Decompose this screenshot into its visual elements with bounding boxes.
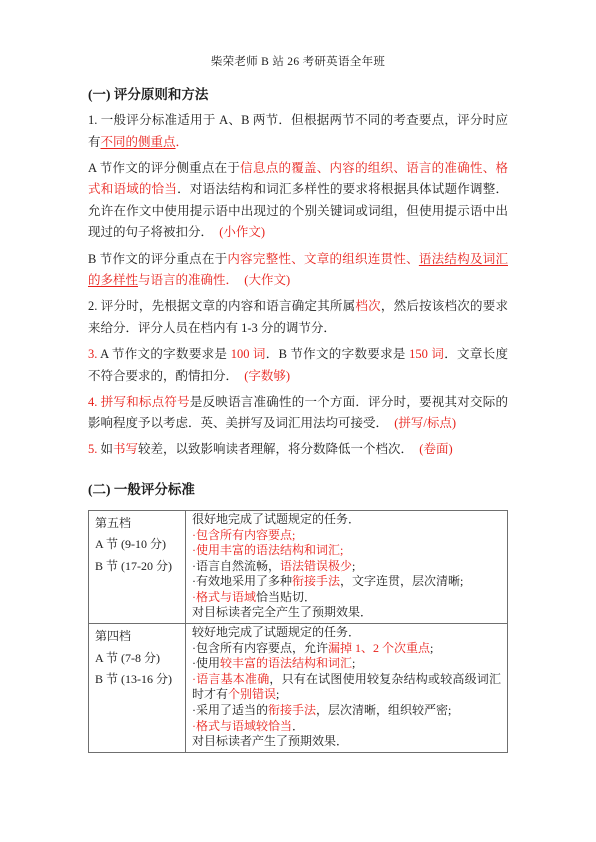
text-run: 很好地完成了试题规定的任务． xyxy=(192,512,360,526)
criteria-line: ·使用丰富的语法结构和词汇; xyxy=(192,543,501,559)
text-run: 5. xyxy=(88,442,97,456)
criteria-cell: 较好地完成了试题规定的任务．·包含所有内容要点，允许漏掉 1、2 个次重点;·使… xyxy=(186,624,508,753)
text-run: ·有效地采用了多种 xyxy=(192,574,292,588)
grading-table: 第五档A 节 (9-10 分)B 节 (17-20 分)很好地完成了试题规定的任… xyxy=(88,510,508,753)
text-run: 100 词 xyxy=(231,347,266,361)
text-run: (大作文) xyxy=(232,273,290,287)
section1-title: (一) 评分原则和方法 xyxy=(88,83,508,103)
paragraph: B 节作文的评分重点在于内容完整性、文章的组织连贯性、语法结构及词汇的多样性与语… xyxy=(88,249,508,292)
text-run: 2. 评分时，先根据文章的内容和语言确定其所属 xyxy=(88,299,355,313)
band-line: A 节 (9-10 分) xyxy=(95,534,183,556)
text-run: ·格式与语域 xyxy=(192,590,256,604)
band-line: B 节 (13-16 分) xyxy=(95,669,183,691)
text-run: 较好地完成了试题规定的任务． xyxy=(192,625,360,639)
grading-table-body: 第五档A 节 (9-10 分)B 节 (17-20 分)很好地完成了试题规定的任… xyxy=(89,510,508,752)
text-run: ·格式与语域较恰当 xyxy=(192,719,292,733)
text-run: 较丰富的语法结构和词汇 xyxy=(220,656,352,670)
text-run: (卷面) xyxy=(407,442,453,456)
criteria-line: 较好地完成了试题规定的任务． xyxy=(192,625,501,641)
text-run: 漏掉 1、2 个次重点 xyxy=(328,641,430,655)
paragraph: 5. 如书写较差，以致影响读者理解，将分数降低一个档次． (卷面) xyxy=(88,439,508,461)
text-run: 对目标读者产生了预期效果． xyxy=(192,734,348,748)
criteria-line: ·语言基本准确，只有在试图使用较复杂结构或较高级词汇时才有个别错误; xyxy=(192,672,501,703)
section1-paragraphs: 1. 一般评分标准适用于 A、B 两节．但根据两节不同的考查要点，评分时应有不同… xyxy=(88,110,508,461)
paragraph: A 节作文的评分侧重点在于信息点的覆盖、内容的组织、语言的准确性、格式和语域的恰… xyxy=(88,158,508,244)
text-run: 书写 xyxy=(113,442,138,456)
band-line: 第五档 xyxy=(95,513,183,535)
text-run: 较差，以致影响读者理解，将分数降低一个档次． xyxy=(138,442,407,456)
text-run: ，层次清晰，组织较严密; xyxy=(316,703,451,717)
text-run: ; xyxy=(352,559,355,573)
text-run: 语法错误极少 xyxy=(280,559,352,573)
text-run: ·采用了适当的 xyxy=(192,703,268,717)
paragraph: 4. 拼写和标点符号是反映语言准确性的一个方面．评分时，要视其对交际的影响程度予… xyxy=(88,392,508,435)
criteria-cell: 很好地完成了试题规定的任务．·包含所有内容要点;·使用丰富的语法结构和词汇;·语… xyxy=(186,510,508,623)
text-run: (字数够) xyxy=(232,369,290,383)
text-run: ·包含所有内容要点; xyxy=(192,528,295,542)
table-row: 第四档A 节 (7-8 分)B 节 (13-16 分)较好地完成了试题规定的任务… xyxy=(89,624,508,753)
criteria-line: 对目标读者产生了预期效果． xyxy=(192,734,501,750)
criteria-line: ·格式与语域恰当贴切． xyxy=(192,590,501,606)
criteria-line: ·格式与语域较恰当． xyxy=(192,719,501,735)
text-run: 150 词 xyxy=(409,347,444,361)
paragraph: 1. 一般评分标准适用于 A、B 两节．但根据两节不同的考查要点，评分时应有不同… xyxy=(88,110,508,153)
text-run: B 节作文的评分重点在于 xyxy=(88,252,227,266)
criteria-line: ·包含所有内容要点，允许漏掉 1、2 个次重点; xyxy=(192,641,501,657)
band-line: A 节 (7-8 分) xyxy=(95,648,183,670)
text-run: ． xyxy=(176,135,189,149)
text-run: A 节作文的字数要求是 xyxy=(97,347,230,361)
criteria-line: ·语言自然流畅，语法错误极少; xyxy=(192,559,501,575)
text-run: 衔接手法 xyxy=(292,574,340,588)
text-run: ·包含所有内容要点，允许 xyxy=(192,641,328,655)
text-run: 不同的侧重点 xyxy=(101,135,176,149)
text-run: 内容完整性、文章的组织连贯性、 xyxy=(227,252,419,266)
paragraph: 3. A 节作文的字数要求是 100 词．B 节作文的字数要求是 150 词．文… xyxy=(88,344,508,387)
band-line: B 节 (17-20 分) xyxy=(95,556,183,578)
text-run: 3. xyxy=(88,347,97,361)
band-cell: 第四档A 节 (7-8 分)B 节 (13-16 分) xyxy=(89,624,186,753)
text-run: ． xyxy=(292,719,304,733)
text-run: 如 xyxy=(97,442,113,456)
text-run: 个别错误 xyxy=(228,687,276,701)
text-run: 档次 xyxy=(355,299,380,313)
criteria-line: ·包含所有内容要点; xyxy=(192,528,501,544)
text-run: 恰当贴切． xyxy=(256,590,316,604)
text-run: ; xyxy=(276,687,279,701)
course-header: 柴荣老师 B 站 26 考研英语全年班 xyxy=(0,0,596,69)
text-run: ·语言基本准确 xyxy=(192,672,269,686)
document-page: 柴荣老师 B 站 26 考研英语全年班 (一) 评分原则和方法 1. 一般评分标… xyxy=(0,0,596,842)
criteria-line: 很好地完成了试题规定的任务． xyxy=(192,512,501,528)
text-run: ，文字连贯，层次清晰; xyxy=(340,574,463,588)
text-run: 对目标读者完全产生了预期效果． xyxy=(192,605,372,619)
band-line: 第四档 xyxy=(95,626,183,648)
text-run: (小作文) xyxy=(207,225,265,239)
text-run: ·使用 xyxy=(192,656,220,670)
table-row: 第五档A 节 (9-10 分)B 节 (17-20 分)很好地完成了试题规定的任… xyxy=(89,510,508,623)
text-run: ·使用丰富的语法结构和词汇; xyxy=(192,543,343,557)
text-run: 4. 拼写和标点符号 xyxy=(88,395,190,409)
text-run: 与语言的准确性． xyxy=(138,273,232,287)
text-run: ; xyxy=(430,641,433,655)
text-run: ．B 节作文的字数要求是 xyxy=(266,347,409,361)
criteria-line: ·有效地采用了多种衔接手法，文字连贯，层次清晰; xyxy=(192,574,501,590)
criteria-line: ·使用较丰富的语法结构和词汇; xyxy=(192,656,501,672)
text-run: ; xyxy=(352,656,355,670)
band-cell: 第五档A 节 (9-10 分)B 节 (17-20 分) xyxy=(89,510,186,623)
criteria-line: ·采用了适当的衔接手法，层次清晰，组织较严密; xyxy=(192,703,501,719)
text-run: (拼写/标点) xyxy=(382,416,456,430)
criteria-line: 对目标读者完全产生了预期效果． xyxy=(192,605,501,621)
text-run: ·语言自然流畅， xyxy=(192,559,280,573)
paragraph: 2. 评分时，先根据文章的内容和语言确定其所属档次，然后按该档次的要求来给分．评… xyxy=(88,296,508,339)
text-run: A 节作文的评分侧重点在于 xyxy=(88,161,240,175)
section2-title: (二) 一般评分标准 xyxy=(88,478,508,498)
text-run: 衔接手法 xyxy=(268,703,316,717)
